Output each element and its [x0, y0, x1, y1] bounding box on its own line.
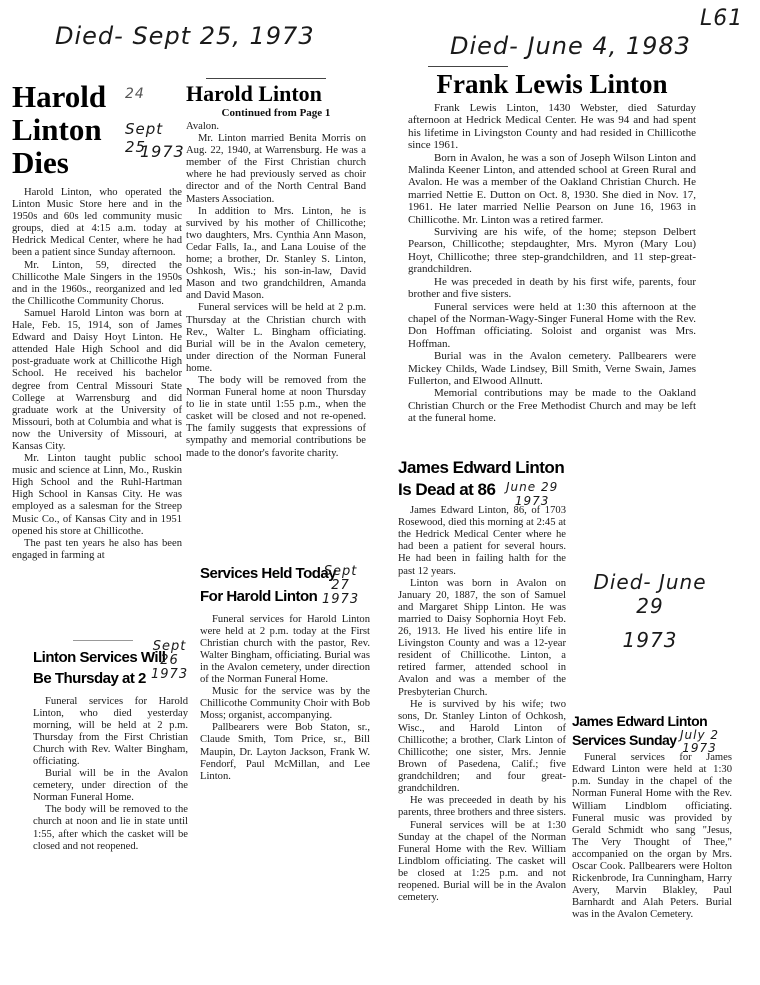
handwritten-date-day: June 29	[506, 480, 558, 494]
handwritten-james-died-line2: 1973	[580, 628, 720, 652]
paragraph: He was preceeded in death by his parents…	[398, 795, 566, 819]
article-body: Harold Linton, who operated the Linton M…	[12, 187, 182, 562]
handwritten-james-died-line1: Died- June 29	[580, 570, 720, 618]
james-services-article: James Edward Linton Services Sunday July…	[572, 713, 732, 922]
handwritten-frank-died-date: Died- June 4, 1983	[450, 32, 691, 60]
article-body: Funeral services for Harold Linton, who …	[33, 696, 188, 853]
harold-dies-article: Harold Linton Dies 24 Sept 25 1973 Harol…	[12, 80, 182, 562]
handwritten-date-year: 1973	[506, 494, 558, 508]
headline-frank-lewis: Frank Lewis Linton	[408, 71, 696, 98]
james-dead-article: James Edward Linton Is Dead at 86 June 2…	[398, 458, 566, 904]
handwritten-date: Sept 27 1973	[322, 565, 359, 607]
services-will-be-article: Linton Services Will Be Thursday at 2 Se…	[33, 640, 188, 853]
paragraph: Burial will be in the Avalon cemetery, u…	[33, 768, 188, 804]
paragraph: Harold Linton, who operated the Linton M…	[12, 187, 182, 260]
headline-line: Harold	[12, 80, 182, 113]
paragraph: Music for the service was by the Chillic…	[200, 686, 370, 722]
paragraph: Frank Lewis Linton, 1430 Webster, died S…	[408, 102, 696, 152]
handwritten-date: June 29 1973	[506, 480, 558, 508]
paragraph: The body will be removed to the church a…	[33, 804, 188, 852]
handwritten-date: July 2 1973	[680, 729, 719, 755]
paragraph: Avalon.	[186, 121, 366, 133]
subhead-continued: Continued from Page 1	[186, 107, 366, 119]
divider	[73, 640, 133, 641]
paragraph: He is survived by his wife; two sons, Dr…	[398, 699, 566, 796]
divider	[206, 78, 326, 79]
handwritten-date-year: 1973	[680, 742, 719, 755]
paragraph: Funeral services for Harold Linton were …	[200, 614, 370, 687]
frank-lewis-article: Frank Lewis Linton Frank Lewis Linton, 1…	[408, 66, 696, 425]
article-body: James Edward Linton, 86, of 1703 Rosewoo…	[398, 505, 566, 904]
handwritten-page-code: L61	[700, 6, 743, 31]
paragraph: Linton was born in Avalon on January 20,…	[398, 578, 566, 699]
divider	[428, 66, 508, 67]
handwritten-date-day: 26	[151, 654, 188, 668]
headline-line: James Edward Linton	[572, 713, 732, 729]
handwritten-margin-year: 1973	[140, 142, 185, 161]
paragraph: Funeral services for Harold Linton, who …	[33, 696, 188, 769]
handwritten-date-year: 1973	[151, 668, 188, 682]
handwritten-margin-scribble: 24	[125, 86, 145, 102]
paragraph: Burial was in the Avalon cemetery. Pallb…	[408, 350, 696, 387]
paragraph: Samuel Harold Linton was born at Hale, F…	[12, 308, 182, 453]
handwritten-date-day: 27	[322, 579, 359, 593]
headline-line: James Edward Linton	[398, 458, 566, 478]
headline-harold-continued: Harold Linton	[186, 83, 366, 105]
paragraph: Funeral services for James Edward Linton…	[572, 752, 732, 921]
paragraph: Mr. Linton taught public school music an…	[12, 453, 182, 538]
handwritten-date-month: Sept	[151, 640, 188, 654]
paragraph: In addition to Mrs. Linton, he is surviv…	[186, 206, 366, 303]
article-body: Funeral services for James Edward Linton…	[572, 752, 732, 921]
paragraph: The body will be removed from the Norman…	[186, 375, 366, 460]
handwritten-harold-died-date: Died- Sept 25, 1973	[55, 22, 315, 50]
services-held-today-article: Services Held Today For Harold Linton Se…	[200, 565, 370, 783]
paragraph: Memorial contributions may be made to th…	[408, 387, 696, 424]
handwritten-james-died-date: Died- June 29 1973	[580, 570, 720, 652]
paragraph: Mr. Linton, 59, directed the Chillicothe…	[12, 260, 182, 308]
paragraph: Funeral services will be held at 2 p.m. …	[186, 302, 366, 375]
paragraph: James Edward Linton, 86, of 1703 Rosewoo…	[398, 505, 566, 578]
handwritten-date-month: Sept	[322, 565, 359, 579]
handwritten-date-year: 1973	[322, 593, 359, 607]
paragraph: Surviving are his wife, of the home; ste…	[408, 226, 696, 276]
paragraph: He was preceded in death by his first wi…	[408, 276, 696, 301]
paragraph: Pallbearers were Bob Staton, sr., Claude…	[200, 722, 370, 782]
harold-continued-article: Harold Linton Continued from Page 1 Aval…	[186, 78, 366, 460]
paragraph: Funeral services were held at 1:30 this …	[408, 301, 696, 351]
paragraph: Funeral services will be at 1:30 Sunday …	[398, 820, 566, 905]
paragraph: Born in Avalon, he was a son of Joseph W…	[408, 152, 696, 226]
article-body: Frank Lewis Linton, 1430 Webster, died S…	[408, 102, 696, 425]
paragraph: Mr. Linton married Benita Morris on Aug.…	[186, 133, 366, 206]
article-body: Funeral services for Harold Linton were …	[200, 614, 370, 783]
article-body: Avalon. Mr. Linton married Benita Morris…	[186, 121, 366, 460]
handwritten-date: Sept 26 1973	[151, 640, 188, 682]
paragraph: The past ten years he also has been enga…	[12, 538, 182, 562]
